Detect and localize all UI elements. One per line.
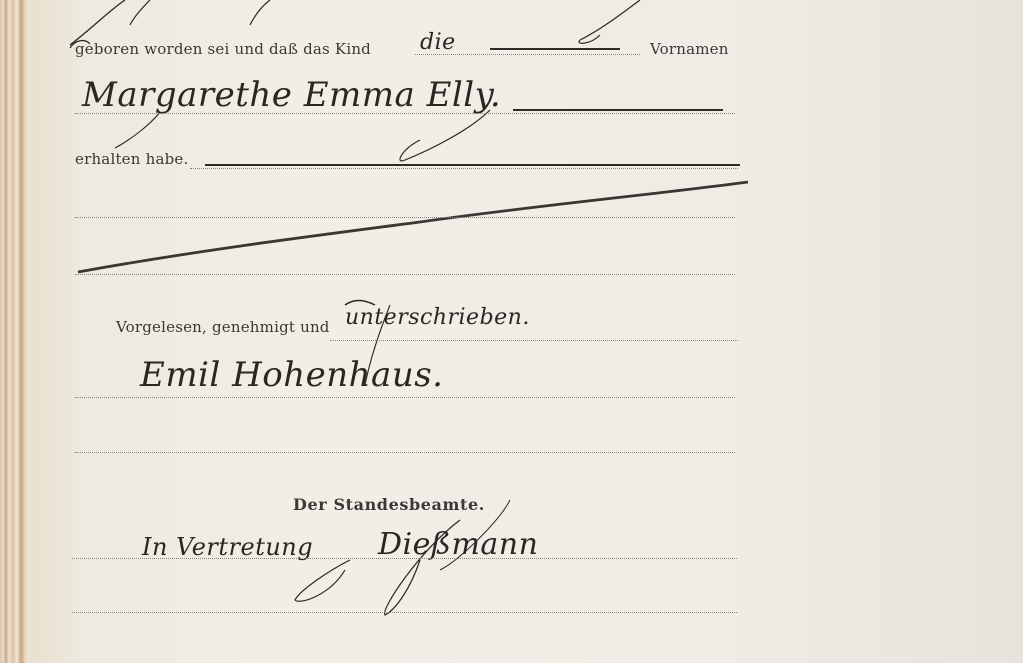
declarant-signature: Emil Hohenhaus. <box>140 355 443 395</box>
handwritten-article: die <box>420 30 456 55</box>
official-prefix: In Vertretung <box>142 533 313 561</box>
fill-stroke <box>205 164 740 166</box>
handwritten-signed: unterschrieben. <box>345 305 530 330</box>
page-gutter-shadow <box>30 0 80 663</box>
dotted-rule <box>330 340 738 341</box>
fill-stroke <box>490 48 620 50</box>
printed-received-clause: erhalten habe. <box>75 150 188 168</box>
dotted-rule <box>72 612 737 613</box>
dotted-rule <box>75 113 735 114</box>
dotted-rule <box>75 452 735 453</box>
handwritten-given-names: Margarethe Emma Elly. <box>82 75 501 115</box>
official-signature: Dießmann <box>378 527 538 562</box>
printed-born-clause: geboren worden sei und daß das Kind <box>75 40 371 58</box>
dotted-rule <box>190 168 738 169</box>
printed-read-approved: Vorgelesen, genehmigt und <box>116 318 330 336</box>
dotted-rule <box>72 558 737 559</box>
dotted-rule <box>415 54 640 55</box>
dotted-rule <box>75 397 735 398</box>
dotted-rule <box>75 217 735 218</box>
official-title-heading: Der Standesbeamte. <box>293 495 485 514</box>
book-binding-edge <box>0 0 30 663</box>
fill-stroke <box>513 109 723 111</box>
printed-vornamen: Vornamen <box>650 40 729 58</box>
dotted-rule <box>75 274 735 275</box>
